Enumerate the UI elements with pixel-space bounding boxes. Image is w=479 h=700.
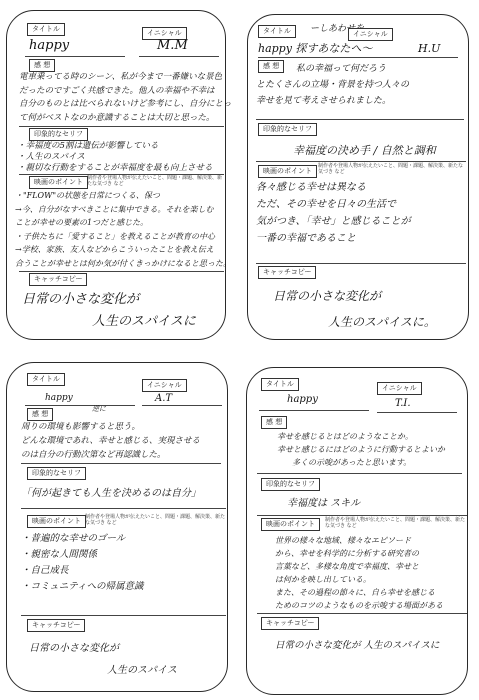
point-text: ・"FLOW"の状態を日常につくる、保つ →今、自分がなすべきことに集中できる。…	[15, 189, 231, 270]
catchcopy-line-2: 人生のスパイスに。	[328, 313, 436, 331]
initial-label: イニシャル	[348, 28, 393, 41]
title-label: タイトル	[261, 378, 299, 391]
quote-text: 幸福度は スキル	[287, 496, 360, 511]
initial-value: M.M	[157, 37, 188, 55]
catchcopy-line-1: 日常の小さな変化が	[22, 291, 139, 309]
worksheet-card-3: タイトル イニシャル happy A.T 感 想 逆に 周りの環境も影響すると思…	[6, 362, 228, 692]
impression-label: 感 想	[261, 416, 287, 429]
catchcopy-label: キャッチコピー	[261, 617, 319, 630]
quote-text: 「何が起きても人生を決めるのは自分」	[21, 486, 201, 501]
worksheet-card-2: タイトル ーしあわせを イニシャル happy 探すあなたへ〜 H.U 感 想 …	[247, 14, 469, 340]
initial-value: T.I.	[395, 396, 411, 411]
point-hint: 制作者や登場人物が伝えたいこと、問題・課題、解決策、新たな気づき など	[85, 514, 225, 526]
catchcopy-label: キャッチコピー	[258, 266, 316, 279]
worksheet-card-4: タイトル イニシャル happy T.I. 感 想 幸せを感じるとはどのようなこ…	[246, 367, 468, 695]
title-label: タイトル	[27, 373, 65, 386]
title-value: happy	[287, 392, 318, 407]
impression-text: 周りの環境も影響すると思う。 どんな環境であれ、幸せと感じる、実現させる のは自…	[21, 420, 200, 462]
title-underline	[25, 56, 125, 57]
catchcopy-line-2: 人生のスパイスに	[92, 313, 196, 331]
title-label: タイトル	[27, 23, 65, 36]
impression-text: 幸せを感じるとはどのようなことか。 幸せと感じるにはどのように行動するとよいか …	[277, 430, 445, 469]
catchcopy-line-2: 人生のスパイス	[107, 663, 177, 678]
quote-text: ・幸福度の5割は遺伝が影響している ・人生のスパイス ・親切な行動をすることが幸…	[17, 141, 213, 174]
point-text: 世界の様々な地域、様々なエピソード から、幸せを科学的に分析する研究者の 言葉な…	[275, 534, 443, 612]
title-value: happy	[45, 391, 73, 406]
worksheet-card-1: タイトル イニシャル happy M.M 感 想 電車乗ってる時のシーン、私が今…	[6, 10, 226, 340]
initial-underline	[139, 56, 219, 57]
point-label: 映画のポイント	[258, 165, 317, 178]
initial-value: H.U	[418, 41, 440, 56]
point-hint: 制作者や登場人物が伝えたいこと、問題・課題、解決策、新たな気づき など	[318, 163, 463, 175]
point-text: ・普遍的な幸せのゴール ・親密な人間関係 ・自己成長 ・コミュニティへの帰属意識	[21, 531, 144, 595]
quote-label: 印象的なセリフ	[27, 467, 86, 480]
title-value: happy	[29, 37, 69, 55]
point-label: 映画のポイント	[27, 515, 86, 528]
impression-text: 私の幸福って何だろう とたくさんの立場・背景を持つ人々の 幸せを見て考えさせられ…	[256, 61, 409, 109]
point-label: 映画のポイント	[261, 518, 320, 531]
impression-text: 電車乗ってる時のシーン、私が今まで一番嫌いな景色 だったのですごく共感できた。他…	[19, 71, 231, 125]
impression-note: 逆に	[92, 403, 106, 417]
quote-label: 印象的なセリフ	[29, 128, 88, 141]
title-label: タイトル	[258, 25, 296, 38]
point-label: 映画のポイント	[29, 176, 88, 189]
catchcopy-label: キャッチコピー	[27, 619, 85, 632]
quote-label: 印象的なセリフ	[258, 123, 317, 136]
catchcopy-line-1: 日常の小さな変化が	[273, 287, 381, 305]
catchcopy-line-1: 日常の小さな変化が	[29, 641, 119, 656]
quote-text: 幸福度の決め手 / 自然と調和	[293, 143, 436, 158]
point-hint: 制作者や登場人物が伝えたいこと、問題・課題、解決策、新たな気づき など	[87, 175, 222, 187]
title-value: happy 探すあなたへ〜	[258, 41, 372, 56]
initial-value: A.T	[155, 391, 172, 406]
initial-label: イニシャル	[377, 382, 422, 395]
quote-label: 印象的なセリフ	[261, 478, 320, 491]
point-text: 各々感じる幸せは異なる ただ、その幸せを日々の生活で 気がつき、「幸せ」と感じる…	[256, 179, 411, 247]
point-hint: 制作者や登場人物が伝えたいこと、問題・課題、解決策、新たな気づき など	[325, 517, 465, 529]
catchcopy-line-1: 日常の小さな変化が 人生のスパイスに	[275, 638, 439, 653]
catchcopy-label: キャッチコピー	[29, 273, 87, 286]
